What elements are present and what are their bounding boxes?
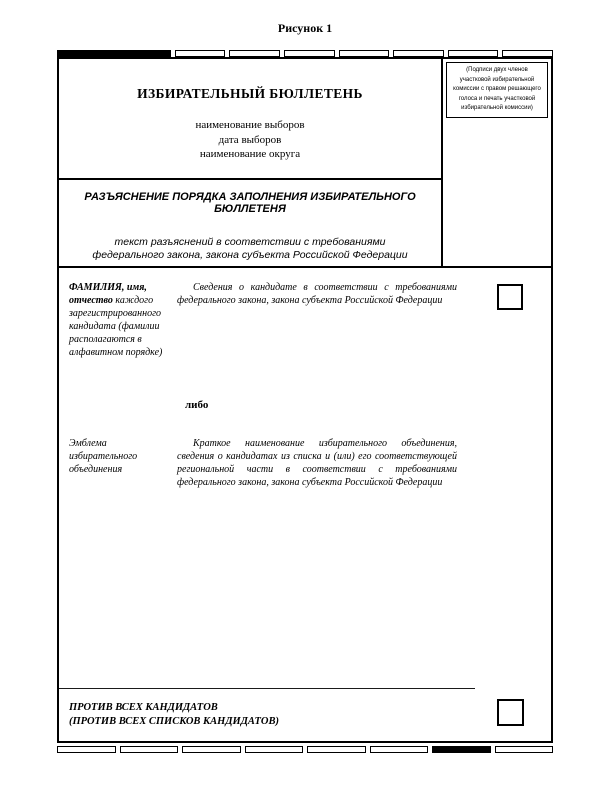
cut-line-bottom [57,746,553,753]
candidate-checkbox[interactable] [497,284,523,310]
cut-segment [229,50,280,57]
association-entry-label: Эмблема избирательного объединения [59,437,177,489]
cut-segment [245,746,304,753]
election-date-line: дата выборов [59,133,441,148]
explanation-heading: РАЗЪЯСНЕНИЕ ПОРЯДКА ЗАПОЛНЕНИЯ ИЗБИРАТЕЛ… [67,191,433,215]
cut-segment [339,50,390,57]
cut-segment [495,746,554,753]
ballot-header-left: ИЗБИРАТЕЛЬНЫЙ БЮЛЛЕТЕНЬ наименование выб… [59,59,443,266]
candidate-entry-info: Сведения о кандидате в соответствии с тр… [177,281,473,359]
against-all-line1: ПРОТИВ ВСЕХ КАНДИДАТОВ [69,701,551,715]
cut-segment [57,746,116,753]
cut-segment [57,50,171,57]
or-label: либо [185,399,551,411]
candidate-entry-label: ФАМИЛИЯ, имя, отчество каждого зарегистр… [59,281,177,359]
district-name-line: наименование округа [59,147,441,162]
candidates-section: ФАМИЛИЯ, имя, отчество каждого зарегистр… [59,268,551,688]
cut-segment [120,746,179,753]
ballot-header: ИЗБИРАТЕЛЬНЫЙ БЮЛЛЕТЕНЬ наименование выб… [59,59,551,268]
cut-line-top [57,50,553,57]
cut-segment [307,746,366,753]
against-all-line2: (ПРОТИВ ВСЕХ СПИСКОВ КАНДИДАТОВ) [69,715,551,729]
election-name-line: наименование выборов [59,118,441,133]
commission-stamp-box: (Подписи двух членов участковой избирате… [446,62,548,118]
cut-segment [432,746,491,753]
association-entry-info: Краткое наименование избирательного объе… [177,437,473,489]
candidate-entry-row: ФАМИЛИЯ, имя, отчество каждого зарегистр… [59,281,551,359]
association-entry-row: Эмблема избирательного объединения Кратк… [59,437,551,489]
association-checkbox-cell [473,437,551,489]
ballot-form: ИЗБИРАТЕЛЬНЫЙ БЮЛЛЕТЕНЬ наименование выб… [57,57,553,743]
cut-segment [182,746,241,753]
ballot-title: ИЗБИРАТЕЛЬНЫЙ БЮЛЛЕТЕНЬ [59,86,441,102]
against-all-divider [59,688,475,689]
figure-caption: Рисунок 1 [57,21,553,36]
cut-segment [502,50,553,57]
explanation-section: РАЗЪЯСНЕНИЕ ПОРЯДКА ЗАПОЛНЕНИЯ ИЗБИРАТЕЛ… [59,180,441,266]
against-all-section: ПРОТИВ ВСЕХ КАНДИДАТОВ (ПРОТИВ ВСЕХ СПИС… [59,688,551,741]
cut-segment [448,50,499,57]
candidate-checkbox-cell [473,281,551,359]
association-label-text: Эмблема избирательного объединения [69,437,177,476]
ballot-title-section: ИЗБИРАТЕЛЬНЫЙ БЮЛЛЕТЕНЬ наименование выб… [59,59,441,180]
explanation-body: текст разъяснений в соответствии с требо… [84,236,416,262]
cut-segment [175,50,226,57]
ballot-header-right: (Подписи двух членов участковой избирате… [443,59,551,266]
cut-segment [370,746,429,753]
cut-segment [284,50,335,57]
against-all-text: ПРОТИВ ВСЕХ КАНДИДАТОВ (ПРОТИВ ВСЕХ СПИС… [59,688,551,728]
against-all-checkbox[interactable] [497,699,524,726]
document-page: { "figure": { "caption": "Рисунок 1" }, … [0,0,590,794]
cut-segment [393,50,444,57]
